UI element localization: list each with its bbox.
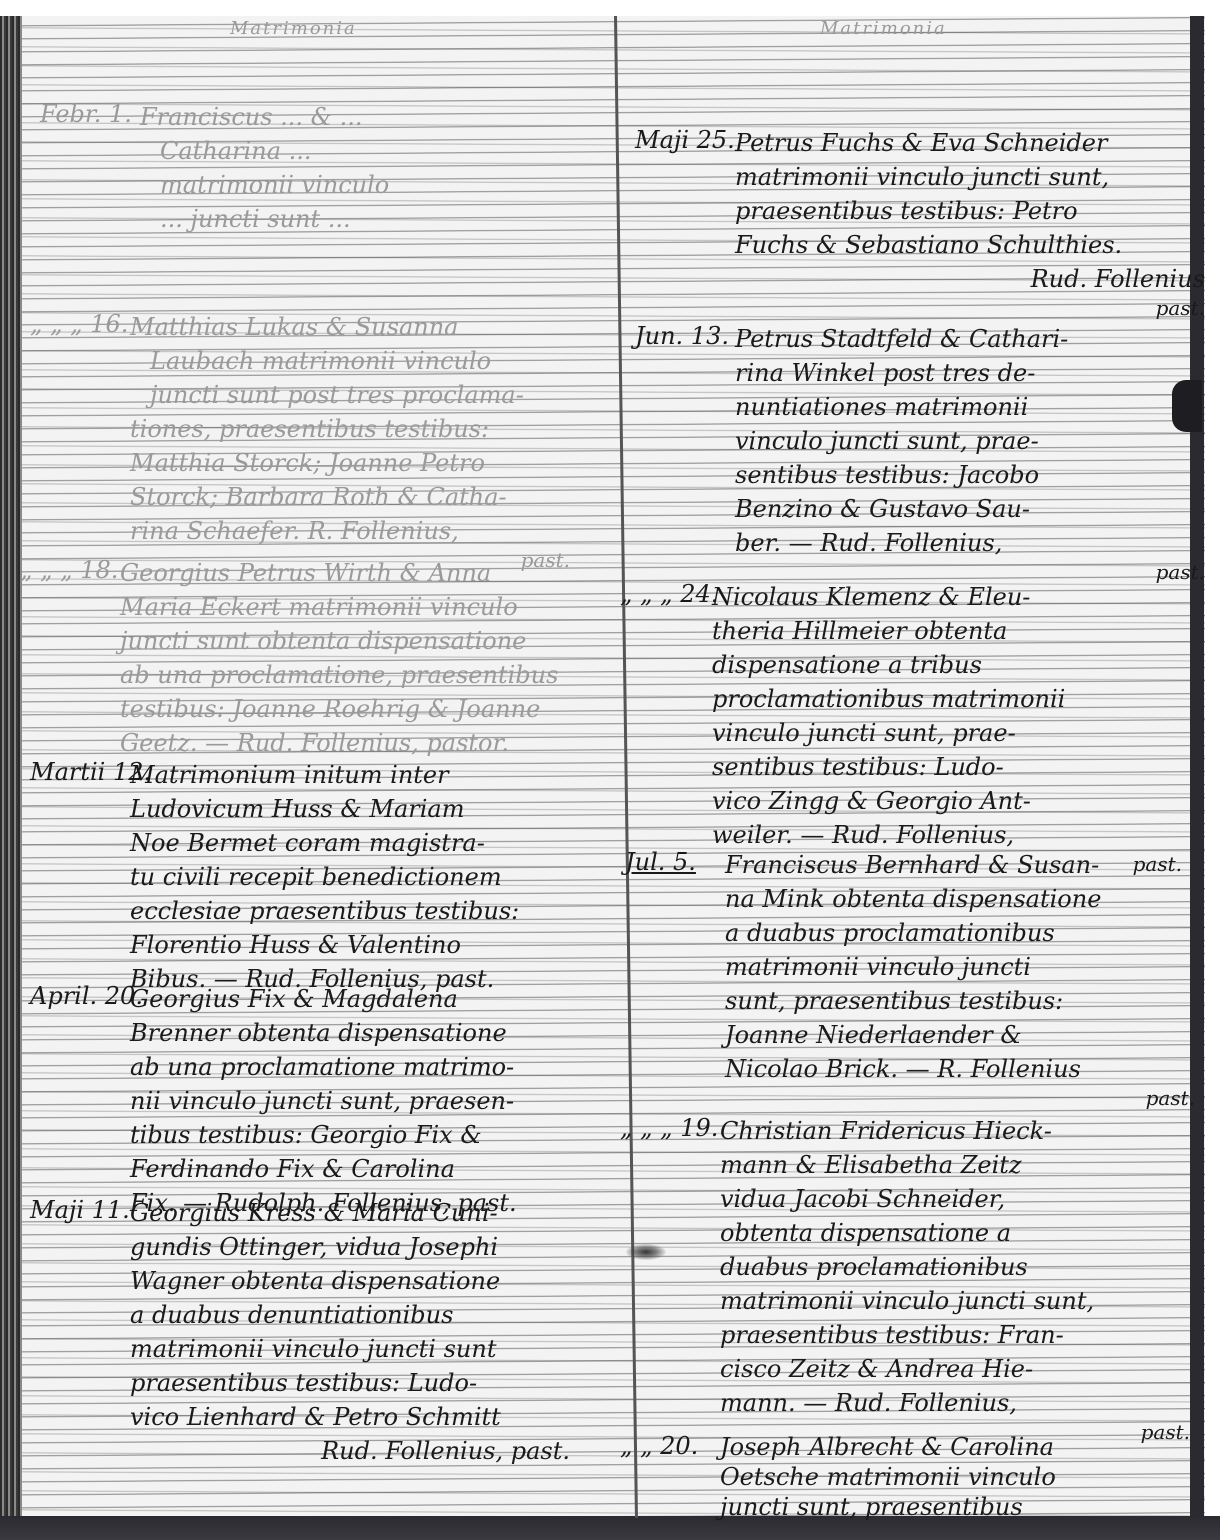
entry-line: Geetz. — Rud. Follenius, pastor. bbox=[120, 726, 560, 760]
entry-signature-suffix: past. bbox=[735, 296, 1205, 320]
entry-line: tiones, praesentibus testibus: bbox=[130, 412, 570, 446]
entry-date: „ „ „ 18. bbox=[20, 556, 130, 584]
entry-line: matrimonii vinculo bbox=[140, 168, 580, 202]
entry-signature: Rud. Follenius bbox=[735, 262, 1205, 296]
entry-text: Franciscus ... & ... Catharina ... matri… bbox=[140, 100, 580, 236]
entry-line: Ludovicum Huss & Mariam bbox=[130, 792, 570, 826]
entry-line: matrimonii vinculo juncti sunt, bbox=[735, 160, 1205, 194]
entry-line: nii vinculo juncti sunt, praesen- bbox=[130, 1084, 570, 1118]
entry-line: rina Winkel post tres de- bbox=[735, 356, 1205, 390]
entry-line: Nicolao Brick. — R. Follenius bbox=[725, 1052, 1195, 1086]
entry-line: juncti sunt, praesentibus bbox=[720, 1492, 1190, 1522]
entry-text: Georgius Kress & Maria Cuni- gundis Otti… bbox=[130, 1196, 570, 1468]
entry-line: weiler. — Rud. Follenius, bbox=[712, 818, 1182, 852]
entry-date: „ „ „ 19. bbox=[620, 1114, 730, 1142]
entry-text: Matrimonium initum inter Ludovicum Huss … bbox=[130, 758, 570, 996]
page-header-left: Matrimonia bbox=[230, 18, 357, 39]
entry-line: a duabus proclamationibus bbox=[725, 916, 1195, 950]
entry-line: Georgius Fix & Magdalena bbox=[130, 982, 570, 1016]
entry-line: Franciscus ... & ... bbox=[140, 100, 580, 134]
entry-date: April. 20. bbox=[30, 982, 140, 1010]
entry-line: tu civili recepit benedictionem bbox=[130, 860, 570, 894]
entry-text: Petrus Fuchs & Eva Schneider matrimonii … bbox=[735, 126, 1205, 320]
entry-text: Matthias Lukas & Susanna Laubach matrimo… bbox=[130, 310, 570, 572]
entry-line: Oetsche matrimonii vinculo bbox=[720, 1462, 1190, 1492]
entry-line: Matrimonium initum inter bbox=[130, 758, 570, 792]
entry-line: juncti sunt post tres proclama- bbox=[130, 378, 570, 412]
entry-line: ab una proclamatione matrimo- bbox=[130, 1050, 570, 1084]
entry-line: obtenta dispensatione a bbox=[720, 1216, 1190, 1250]
entry-line: vinculo juncti sunt, prae- bbox=[735, 424, 1205, 458]
entry-line: proclamationibus matrimonii bbox=[712, 682, 1182, 716]
entry-line: Nicolaus Klemenz & Eleu- bbox=[712, 580, 1182, 614]
entry-line: Joanne Niederlaender & bbox=[725, 1018, 1195, 1052]
entry-line: matrimonii vinculo juncti bbox=[725, 950, 1195, 984]
entry-text: Christian Fridericus Hieck- mann & Elisa… bbox=[720, 1114, 1190, 1444]
entry-line: theria Hillmeier obtenta bbox=[712, 614, 1182, 648]
entry-line: Franciscus Bernhard & Susan- bbox=[725, 848, 1195, 882]
entry-date: Martii 12. bbox=[30, 758, 140, 786]
entry-date: Jul. 5. bbox=[625, 848, 735, 876]
entry-text: Franciscus Bernhard & Susan- na Mink obt… bbox=[725, 848, 1195, 1110]
entry-line: Laubach matrimonii vinculo bbox=[130, 344, 570, 378]
page-header-right: Matrimonia bbox=[820, 18, 947, 39]
entry-line: vidua Jacobi Schneider, bbox=[720, 1182, 1190, 1216]
entry-line: mann. — Rud. Follenius, bbox=[720, 1386, 1190, 1420]
entry-line: Benzino & Gustavo Sau- bbox=[735, 492, 1205, 526]
entry-line: tibus testibus: Georgio Fix & bbox=[130, 1118, 570, 1152]
entry-text: Georgius Fix & Magdalena Brenner obtenta… bbox=[130, 982, 570, 1220]
entry-line: vico Zingg & Georgio Ant- bbox=[712, 784, 1182, 818]
entry-text: Nicolaus Klemenz & Eleu- theria Hillmeie… bbox=[712, 580, 1182, 876]
entry-line: Joseph Albrecht & Carolina bbox=[720, 1432, 1190, 1462]
entry-date: „ „ 20. bbox=[620, 1432, 730, 1460]
entry-line: ab una proclamatione, praesentibus bbox=[120, 658, 560, 692]
entry-line: Catharina ... bbox=[140, 134, 580, 168]
entry-date: Jun. 13. bbox=[635, 322, 745, 350]
entry-line: Petrus Stadtfeld & Cathari- bbox=[735, 322, 1205, 356]
entry-line: Georgius Petrus Wirth & Anna bbox=[120, 556, 560, 590]
entry-line: Florentio Huss & Valentino bbox=[130, 928, 570, 962]
entry-date: Maji 11. bbox=[30, 1196, 140, 1224]
entry-text: Joseph Albrecht & Carolina Oetsche matri… bbox=[720, 1432, 1190, 1522]
entry-line: Ferdinando Fix & Carolina bbox=[130, 1152, 570, 1186]
entry-line: Georgius Kress & Maria Cuni- bbox=[130, 1196, 570, 1230]
entry-line: Brenner obtenta dispensatione bbox=[130, 1016, 570, 1050]
entry-line: Christian Fridericus Hieck- bbox=[720, 1114, 1190, 1148]
entry-line: gundis Ottinger, vidua Josephi bbox=[130, 1230, 570, 1264]
entry-line: cisco Zeitz & Andrea Hie- bbox=[720, 1352, 1190, 1386]
entry-line: Fuchs & Sebastiano Schulthies. bbox=[735, 228, 1205, 262]
ink-smudge bbox=[626, 1244, 666, 1260]
entry-line: praesentibus testibus: Fran- bbox=[720, 1318, 1190, 1352]
entry-line: ... juncti sunt ... bbox=[140, 202, 580, 236]
entry-line: matrimonii vinculo juncti sunt bbox=[130, 1332, 570, 1366]
entry-line: sentibus testibus: Jacobo bbox=[735, 458, 1205, 492]
entry-line: testibus: Joanne Roehrig & Joanne bbox=[120, 692, 560, 726]
entry-line: na Mink obtenta dispensatione bbox=[725, 882, 1195, 916]
entry-line: ber. — Rud. Follenius, bbox=[735, 526, 1205, 560]
entry-line: mann & Elisabetha Zeitz bbox=[720, 1148, 1190, 1182]
entry-line: matrimonii vinculo juncti sunt, bbox=[720, 1284, 1190, 1318]
entry-date: Febr. 1. bbox=[40, 100, 150, 128]
scan-left-border bbox=[0, 16, 22, 1518]
entry-line: sunt, praesentibus testibus: bbox=[725, 984, 1195, 1018]
entry-line: dispensatione a tribus bbox=[712, 648, 1182, 682]
entry-text: Petrus Stadtfeld & Cathari- rina Winkel … bbox=[735, 322, 1205, 584]
entry-text: Georgius Petrus Wirth & Anna Maria Ecker… bbox=[120, 556, 560, 760]
entry-line: praesentibus testibus: Ludo- bbox=[130, 1366, 570, 1400]
entry-line: praesentibus testibus: Petro bbox=[735, 194, 1205, 228]
entry-line: vinculo juncti sunt, prae- bbox=[712, 716, 1182, 750]
entry-signature-suffix: past. bbox=[725, 1086, 1195, 1110]
entry-line: Wagner obtenta dispensatione bbox=[130, 1264, 570, 1298]
entry-date: „ „ „ 16. bbox=[30, 310, 140, 338]
entry-line: ecclesiae praesentibus testibus: bbox=[130, 894, 570, 928]
entry-line: rina Schaefer. R. Follenius, bbox=[130, 514, 570, 548]
entry-line: Matthias Lukas & Susanna bbox=[130, 310, 570, 344]
entry-line: Petrus Fuchs & Eva Schneider bbox=[735, 126, 1205, 160]
entry-date: Maji 25. bbox=[635, 126, 745, 154]
entry-line: Matthia Storck; Joanne Petro bbox=[130, 446, 570, 480]
entry-line: nuntiationes matrimonii bbox=[735, 390, 1205, 424]
entry-line: Storck; Barbara Roth & Catha- bbox=[130, 480, 570, 514]
entry-line: juncti sunt obtenta dispensatione bbox=[120, 624, 560, 658]
entry-line: duabus proclamationibus bbox=[720, 1250, 1190, 1284]
entry-line: Noe Bermet coram magistra- bbox=[130, 826, 570, 860]
entry-line: a duabus denuntiationibus bbox=[130, 1298, 570, 1332]
entry-line: Maria Eckert matrimonii vinculo bbox=[120, 590, 560, 624]
entry-line: vico Lienhard & Petro Schmitt bbox=[130, 1400, 570, 1434]
entry-signature: Rud. Follenius, past. bbox=[130, 1434, 570, 1468]
entry-line: sentibus testibus: Ludo- bbox=[712, 750, 1182, 784]
